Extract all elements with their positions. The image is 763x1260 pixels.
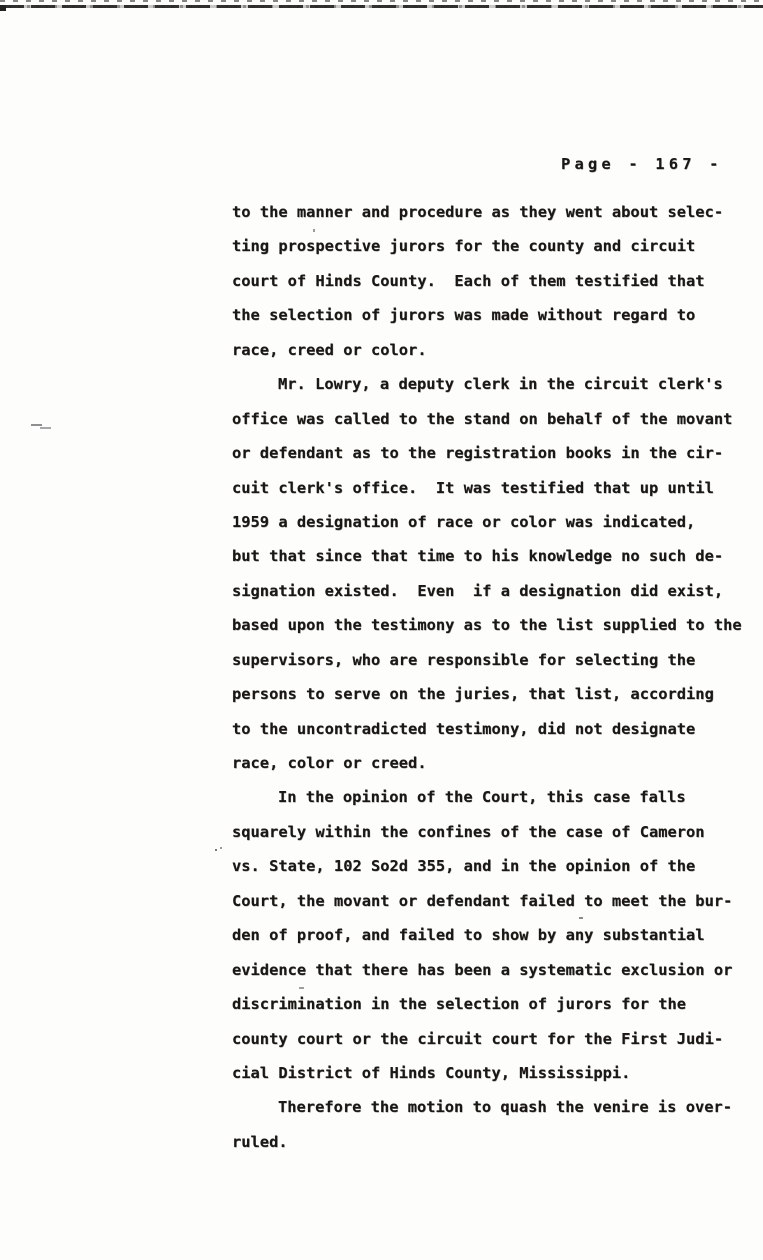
text-line: race, color or creed. bbox=[232, 746, 752, 780]
scanned-document-page: Page - 167 - to the manner and procedure… bbox=[0, 0, 763, 1260]
text-line: to the uncontradicted testimony, did not… bbox=[232, 712, 752, 746]
text-line: 1959 a designation of race or color was … bbox=[232, 505, 752, 539]
text-line: squarely within the confines of the case… bbox=[232, 815, 752, 849]
text-line: ruled. bbox=[232, 1125, 752, 1159]
text-line: to the manner and procedure as they went… bbox=[232, 195, 752, 229]
page-number: Page - 167 - bbox=[561, 155, 723, 173]
document-body: to the manner and procedure as they went… bbox=[232, 195, 752, 1159]
paragraph: Therefore the motion to quash the venire… bbox=[232, 1090, 752, 1159]
text-line: signation existed. Even if a designation… bbox=[232, 574, 752, 608]
text-line: county court or the circuit court for th… bbox=[232, 1022, 752, 1056]
scan-artifact-margin-mark bbox=[31, 424, 42, 426]
text-line: or defendant as to the registration book… bbox=[232, 436, 752, 470]
text-line: ting prospective jurors for the county a… bbox=[232, 229, 752, 263]
text-line: based upon the testimony as to the list … bbox=[232, 608, 752, 642]
text-line: Mr. Lowry, a deputy clerk in the circuit… bbox=[232, 367, 752, 401]
scan-artifact-top-dotted-line bbox=[0, 0, 763, 2]
text-line: persons to serve on the juries, that lis… bbox=[232, 677, 752, 711]
scan-artifact-speck bbox=[313, 229, 315, 232]
text-line: Therefore the motion to quash the venire… bbox=[232, 1090, 752, 1124]
text-line: but that since that time to his knowledg… bbox=[232, 539, 752, 573]
text-line: supervisors, who are responsible for sel… bbox=[232, 643, 752, 677]
text-line: evidence that there has been a systemati… bbox=[232, 953, 752, 987]
paragraph: to the manner and procedure as they went… bbox=[232, 195, 752, 367]
text-line: cuit clerk's office. It was testified th… bbox=[232, 471, 752, 505]
text-line: vs. State, 102 So2d 355, and in the opin… bbox=[232, 849, 752, 883]
scan-artifact-dots bbox=[215, 849, 217, 851]
text-line: cial District of Hinds County, Mississip… bbox=[232, 1056, 752, 1090]
text-line: office was called to the stand on behalf… bbox=[232, 402, 752, 436]
scan-artifact-speck bbox=[579, 917, 583, 919]
text-line: discrimination in the selection of juror… bbox=[232, 987, 752, 1021]
scan-artifact-top-dashed-line bbox=[0, 5, 763, 8]
text-line: den of proof, and failed to show by any … bbox=[232, 918, 752, 952]
text-line: In the opinion of the Court, this case f… bbox=[232, 780, 752, 814]
scan-artifact-speck bbox=[299, 987, 304, 989]
text-line: race, creed or color. bbox=[232, 333, 752, 367]
paragraph: Mr. Lowry, a deputy clerk in the circuit… bbox=[232, 367, 752, 780]
text-line: court of Hinds County. Each of them test… bbox=[232, 264, 752, 298]
scan-artifact-corner-mark bbox=[0, 5, 6, 11]
text-line: the selection of jurors was made without… bbox=[232, 298, 752, 332]
text-line: Court, the movant or defendant failed to… bbox=[232, 884, 752, 918]
paragraph: In the opinion of the Court, this case f… bbox=[232, 780, 752, 1090]
